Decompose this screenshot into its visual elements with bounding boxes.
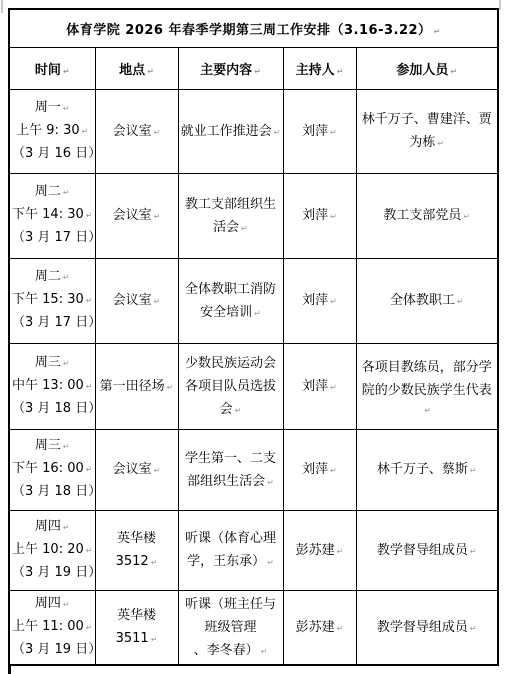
table-row: 周四↵上午 11: 00↵（3 月 19 日）↵ 英华楼 3511↵ 听课（班主… [9,590,498,665]
end-of-cell-mark: ↵ [254,309,261,318]
header-content-label: 主要内容 [200,63,252,78]
end-of-cell-mark: ↵ [154,212,161,221]
participants-text: 林千万子、蔡斯 [377,462,468,477]
table-header-row: 时间↵ 地点↵ 主要内容↵ 主持人↵ 参加人员↵ ¤ [9,47,498,89]
cell-host[interactable]: 彭苏建↵ [283,510,356,590]
cell-content[interactable]: 听课（体育心理 学，王东承）↵ [178,510,283,590]
time-text: 周三↵下午 16: 00↵（3 月 18 日）↵ [12,435,93,504]
table-row: 周三↵中午 13: 00↵（3 月 18 日）↵ 第一田径场↵ 少数民族运动会 … [9,343,498,429]
table-row-title: 体育学院 2026 年春季学期第三周工作安排（3.16-3.22）↵ ¤ [9,9,498,47]
end-of-cell-mark: ↵ [330,212,337,221]
participants-text: 教学督导组成员 [377,543,468,558]
location-text: 第一田径场 [100,379,165,394]
host-text: 刘萍 [302,208,328,223]
end-of-cell-mark: ↵ [337,67,344,76]
cell-location[interactable]: 英华楼 3511↵ [95,590,178,665]
cell-time[interactable]: 周二↵下午 14: 30↵（3 月 17 日）↵ [9,173,95,258]
end-of-cell-mark: ↵ [437,139,444,148]
end-of-cell-mark: ↵ [151,558,158,567]
location-text: 会议室 [113,124,152,139]
end-of-cell-mark: ↵ [154,128,161,137]
participants-text: 林千万子、曹建洋、贾 为栋 [362,112,492,150]
cell-content[interactable]: 全体教职工消防 安全培训↵ [178,258,283,343]
cell-location[interactable]: 会议室↵ [95,173,178,258]
cell-host[interactable]: 刘萍↵ [283,173,356,258]
document-page: 体育学院 2026 年春季学期第三周工作安排（3.16-3.22）↵ ¤ 时间↵… [0,0,505,674]
table-row: 周二↵下午 15: 30↵（3 月 17 日）↵ 会议室↵ 全体教职工消防 安全… [9,258,498,343]
end-of-cell-mark: ↵ [337,624,344,633]
end-of-cell-mark: ↵ [154,297,161,306]
schedule-table: 体育学院 2026 年春季学期第三周工作安排（3.16-3.22）↵ ¤ 时间↵… [8,8,499,666]
end-of-cell-mark: ↵ [254,67,261,76]
cell-host[interactable]: 刘萍↵ [283,258,356,343]
cell-time[interactable]: 周四↵上午 10: 20↵（3 月 19 日）↵ [9,510,95,590]
host-text: 刘萍 [302,124,328,139]
cell-content[interactable]: 学生第一、二支 部组织生活会↵ [178,429,283,510]
cell-participants[interactable]: 教工支部党员↵ ¤ [356,173,498,258]
cell-time[interactable]: 周四↵上午 11: 00↵（3 月 19 日）↵ [9,590,95,665]
cell-host[interactable]: 刘萍↵ [283,89,356,173]
time-text: 周四↵上午 11: 00↵（3 月 19 日）↵ [12,593,93,662]
location-text: 英华楼 3512 [116,531,156,569]
header-location-label: 地点 [119,63,145,78]
header-location[interactable]: 地点↵ [95,47,178,89]
content-text: 就业工作推进会 [181,124,272,139]
content-text: 学生第一、二支 部组织生活会 [185,451,276,489]
cell-location[interactable]: 会议室↵ [95,258,178,343]
participants-text: 教学督导组成员 [377,620,468,635]
end-of-cell-mark: ↵ [330,128,337,137]
location-text: 英华楼 3511 [116,608,156,646]
end-of-cell-mark: ↵ [267,558,274,567]
end-of-cell-mark: ↵ [450,67,457,76]
location-text: 会议室 [113,462,152,477]
end-of-cell-mark: ↵ [337,547,344,556]
header-time[interactable]: 时间↵ [9,47,95,89]
cell-participants[interactable]: 各项目教练员，部分学 院的少数民族学生代表↵ ¤ [356,343,498,429]
cell-participants[interactable]: 教学督导组成员↵ ¤ [356,590,498,665]
cell-time[interactable]: 周三↵中午 13: 00↵（3 月 18 日）↵ [9,343,95,429]
cell-location[interactable]: 会议室↵ [95,89,178,173]
cell-location[interactable]: 会议室↵ [95,429,178,510]
time-text: 周一↵上午 9: 30↵（3 月 16 日）↵ [12,97,93,166]
cell-time[interactable]: 周二↵下午 15: 30↵（3 月 17 日）↵ [9,258,95,343]
time-text: 周二↵下午 14: 30↵（3 月 17 日）↵ [12,181,93,250]
header-participants-label: 参加人员 [396,63,448,78]
cell-host[interactable]: 刘萍↵ [283,343,356,429]
page-boundary-mark-left [1,0,3,13]
title-text: 体育学院 2026 年春季学期第三周工作安排（3.16-3.22） [66,23,431,38]
cell-location[interactable]: 第一田径场↵ [95,343,178,429]
page-boundary-mark-right [499,0,501,10]
cell-time[interactable]: 周一↵上午 9: 30↵（3 月 16 日）↵ [9,89,95,173]
end-of-cell-mark: ↵ [274,128,281,137]
cell-host[interactable]: 刘萍↵ [283,429,356,510]
table-row: 周三↵下午 16: 00↵（3 月 18 日）↵ 会议室↵ 学生第一、二支 部组… [9,429,498,510]
cell-host[interactable]: 彭苏建↵ [283,590,356,665]
participants-text: 教工支部党员 [383,208,461,223]
time-text: 周四↵上午 10: 20↵（3 月 19 日）↵ [12,516,93,585]
end-of-cell-mark: ↵ [457,297,464,306]
time-text: 周三↵中午 13: 00↵（3 月 18 日）↵ [12,352,93,421]
location-text: 会议室 [113,208,152,223]
end-of-cell-mark: ↵ [330,383,337,392]
host-text: 刘萍 [302,462,328,477]
end-of-cell-mark: ↵ [434,27,441,36]
end-of-cell-mark: ↵ [424,406,431,415]
page-title[interactable]: 体育学院 2026 年春季学期第三周工作安排（3.16-3.22）↵ ¤ [9,9,498,47]
participants-text: 各项目教练员，部分学 院的少数民族学生代表 [362,360,492,398]
content-text: 听课（体育心理 学，王东承） [185,531,276,569]
host-text: 刘萍 [302,293,328,308]
end-of-cell-mark: ↵ [330,297,337,306]
end-of-cell-mark: ↵ [167,383,174,392]
end-of-cell-mark: ↵ [470,624,477,633]
table-row: 周一↵上午 9: 30↵（3 月 16 日）↵ 会议室↵ 就业工作推进会↵ 刘萍… [9,89,498,173]
host-text: 彭苏建 [296,620,335,635]
table-row: 周四↵上午 10: 20↵（3 月 19 日）↵ 英华楼 3512↵ 听课（体育… [9,510,498,590]
end-of-cell-mark: ↵ [241,224,248,233]
location-text: 会议室 [113,293,152,308]
end-of-cell-mark: ↵ [261,647,268,656]
end-of-cell-mark: ↵ [63,67,70,76]
end-of-cell-mark: ↵ [154,466,161,475]
time-text: 周二↵下午 15: 30↵（3 月 17 日）↵ [12,266,93,335]
cell-time[interactable]: 周三↵下午 16: 00↵（3 月 18 日）↵ [9,429,95,510]
header-time-label: 时间 [35,63,61,78]
content-text: 少数民族运动会 各项目队员选拔 会 [185,356,276,417]
host-text: 彭苏建 [296,543,335,558]
cell-participants[interactable]: 教学督导组成员↵ ¤ [356,510,498,590]
cell-participants[interactable]: 全体教职工↵ ¤ [356,258,498,343]
content-text: 教工支部组织生 活会 [185,197,276,235]
header-participants[interactable]: 参加人员↵ ¤ [356,47,498,89]
header-content[interactable]: 主要内容↵ [178,47,283,89]
table-row: 周二↵下午 14: 30↵（3 月 17 日）↵ 会议室↵ 教工支部组织生 活会… [9,173,498,258]
cell-location[interactable]: 英华楼 3512↵ [95,510,178,590]
end-of-cell-mark: ↵ [147,67,154,76]
cell-participants[interactable]: 林千万子、曹建洋、贾 为栋↵ ¤ [356,89,498,173]
header-host[interactable]: 主持人↵ [283,47,356,89]
end-of-cell-mark: ↵ [235,406,242,415]
header-host-label: 主持人 [296,63,335,78]
host-text: 刘萍 [302,379,328,394]
end-of-cell-mark: ↵ [470,466,477,475]
content-text: 全体教职工消防 安全培训 [185,282,276,320]
end-of-cell-mark: ↵ [151,635,158,644]
cell-content[interactable]: 少数民族运动会 各项目队员选拔 会↵ [178,343,283,429]
end-of-cell-mark: ↵ [470,547,477,556]
text-cursor-mark [8,666,11,674]
end-of-cell-mark: ↵ [267,478,274,487]
cell-participants[interactable]: 林千万子、蔡斯↵ ¤ [356,429,498,510]
end-of-cell-mark: ↵ [330,466,337,475]
cell-content[interactable]: 教工支部组织生 活会↵ [178,173,283,258]
cell-content[interactable]: 听课（班主任与 班级管理 、李冬春）↵ [178,590,283,665]
participants-text: 全体教职工 [390,293,455,308]
cell-content[interactable]: 就业工作推进会↵ [178,89,283,173]
end-of-cell-mark: ↵ [463,212,470,221]
